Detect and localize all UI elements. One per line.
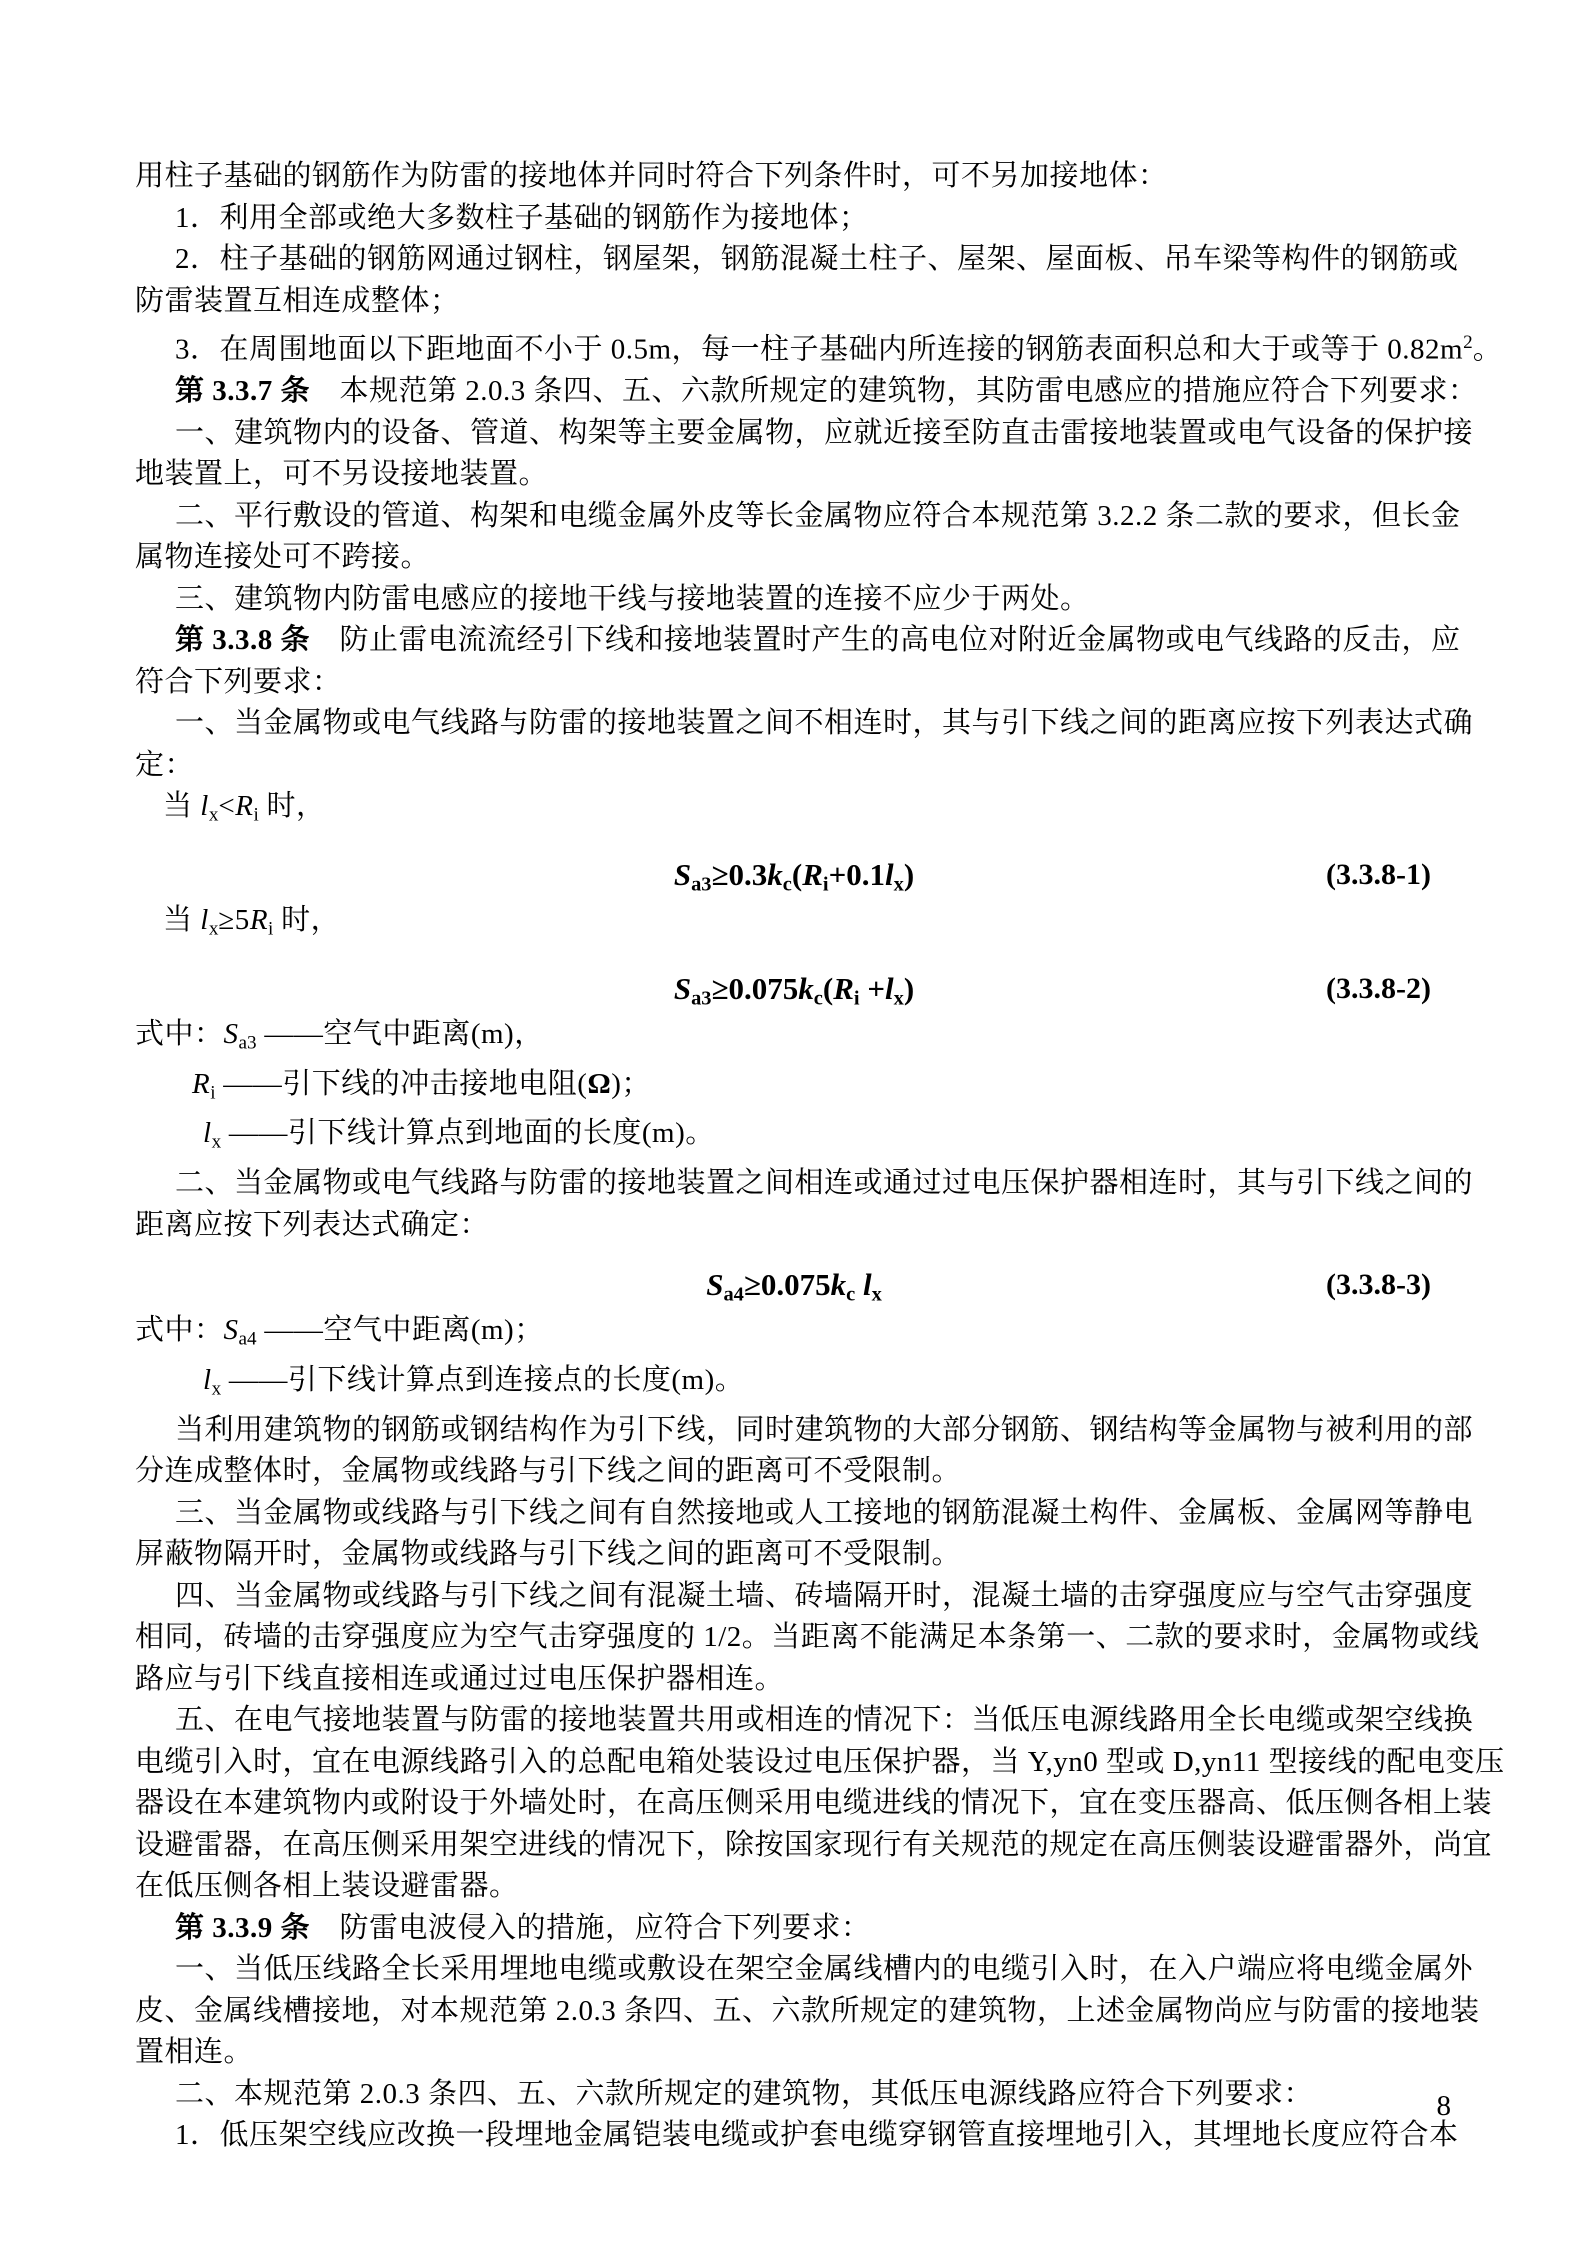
formula: Sa3≥0.3kc(Ri+0.1lx) <box>674 857 914 892</box>
math-subscript: x <box>894 987 904 1009</box>
text-segment: +0.1 <box>829 857 885 892</box>
text-segment: 式中： <box>135 1018 224 1050</box>
text-line: Ri ——引下线的冲击接地电阻(Ω)； <box>135 1064 1453 1114</box>
math-subscript: x <box>872 1284 882 1306</box>
text-segment: 第 3.3.8 条 <box>175 624 310 656</box>
text-line: 防雷装置互相连成整体； <box>135 281 1453 323</box>
text-line: 屏蔽物隔开时，金属物或线路与引下线之间的距离可不受限制。 <box>135 1534 1453 1576</box>
text-line: lx ——引下线计算点到地面的长度(m)。 <box>135 1113 1453 1163</box>
math-variable: l <box>200 904 209 936</box>
text-segment: ——引下线计算点到连接点的长度(m)。 <box>221 1364 744 1396</box>
text-segment: 当利用建筑物的钢筋或钢结构作为引下线，同时建筑物的大部分钢筋、钢结构等金属物与被… <box>175 1414 1473 1446</box>
text-line: 三、当金属物或线路与引下线之间有自然接地或人工接地的钢筋混凝土构件、金属板、金属… <box>135 1493 1453 1535</box>
text-line: 当 lx<Ri 时， <box>135 786 1453 836</box>
math-variable: R <box>802 857 823 892</box>
text-line: 电缆引入时，宜在电源线路引入的总配电箱处装设过电压保护器，当 Y,yn0 型或 … <box>135 1742 1453 1784</box>
math-subscript: x <box>894 874 904 896</box>
text-segment: 当 <box>163 904 200 936</box>
text-segment: ) <box>904 971 914 1006</box>
text-line: 一、当低压线路全长采用埋地电缆或敷设在架空金属线槽内的电缆引入时，在入户端应将电… <box>135 1949 1453 1991</box>
text-line: 符合下列要求： <box>135 662 1453 704</box>
text-segment: 一、当金属物或电气线路与防雷的接地装置之间不相连时，其与引下线之间的距离应按下列… <box>175 707 1473 739</box>
text-segment: ≥0.3 <box>712 857 768 892</box>
math-variable: R <box>250 904 268 936</box>
text-line: 第 3.3.9 条 防雷电波侵入的措施，应符合下列要求： <box>135 1908 1453 1950</box>
text-line: 二、本规范第 2.0.3 条四、五、六款所规定的建筑物，其低压电源线路应符合下列… <box>135 2074 1453 2116</box>
math-subscript: x <box>212 1378 222 1399</box>
formula-row: Sa3≥0.075kc(Ri +lx)(3.3.8-2) <box>135 966 1453 1012</box>
text-segment: 三、当金属物或线路与引下线之间有自然接地或人工接地的钢筋混凝土构件、金属板、金属… <box>175 1497 1473 1529</box>
math-variable: k <box>798 971 814 1006</box>
equation-number: (3.3.8-1) <box>1326 852 1431 898</box>
math-variable: l <box>885 971 894 1006</box>
math-subscript: a4 <box>239 1329 257 1350</box>
text-segment: 2．柱子基础的钢筋网通过钢柱，钢屋架，钢筋混凝土柱子、屋架、屋面板、吊车梁等构件… <box>175 243 1459 275</box>
text-segment: 当 <box>163 790 200 822</box>
math-variable: R <box>192 1068 210 1100</box>
text-segment: 时， <box>259 790 326 822</box>
text-line: 器设在本建筑物内或附设于外墙处时，在高压侧采用电缆进线的情况下，宜在变压器高、低… <box>135 1783 1453 1825</box>
text-segment: ≥0.075 <box>744 1267 831 1302</box>
page-number: 8 <box>1437 2086 1452 2128</box>
math-subscript: c <box>846 1284 855 1306</box>
text-segment: 电缆引入时，宜在电源线路引入的总配电箱处装设过电压保护器，当 Y,yn0 型或 … <box>135 1746 1505 1778</box>
text-line: 当利用建筑物的钢筋或钢结构作为引下线，同时建筑物的大部分钢筋、钢结构等金属物与被… <box>135 1410 1453 1452</box>
math-subscript: a4 <box>723 1284 743 1306</box>
math-subscript: a3 <box>691 874 711 896</box>
text-line: 地装置上，可不另设接地装置。 <box>135 454 1453 496</box>
text-segment: ——引下线的冲击接地电阻( <box>216 1068 588 1100</box>
text-segment: ——空气中距离(m)， <box>257 1018 544 1050</box>
text-line: 2．柱子基础的钢筋网通过钢柱，钢屋架，钢筋混凝土柱子、屋架、屋面板、吊车梁等构件… <box>135 239 1453 281</box>
text-segment: ≥5 <box>218 904 249 936</box>
text-segment: )； <box>611 1068 651 1100</box>
text-line: 属物连接处可不跨接。 <box>135 537 1453 579</box>
text-line: lx ——引下线计算点到连接点的长度(m)。 <box>135 1360 1453 1410</box>
text-segment: 路应与引下线直接相连或通过过电压保护器相连。 <box>135 1663 784 1695</box>
math-subscript: c <box>783 874 792 896</box>
math-variable: S <box>224 1314 239 1346</box>
text-segment: 定： <box>135 749 194 781</box>
math-variable: S <box>674 857 691 892</box>
text-segment: ≥0.075 <box>712 971 799 1006</box>
text-line: 式中：Sa4 ——空气中距离(m)； <box>135 1310 1453 1360</box>
text-segment: 在低压侧各相上装设避雷器。 <box>135 1870 519 1902</box>
text-segment: 1．低压架空线应改换一段埋地金属铠装电缆或护套电缆穿钢管直接埋地引入，其埋地长度… <box>175 2119 1459 2151</box>
text-segment: ) <box>904 857 914 892</box>
text-line: 皮、金属线槽接地，对本规范第 2.0.3 条四、五、六款所规定的建筑物，上述金属… <box>135 1991 1453 2033</box>
text-segment: 地装置上，可不另设接地装置。 <box>135 458 548 490</box>
text-line: 1．低压架空线应改换一段埋地金属铠装电缆或护套电缆穿钢管直接埋地引入，其埋地长度… <box>135 2115 1453 2157</box>
math-subscript: x <box>209 804 219 825</box>
text-line: 用柱子基础的钢筋作为防雷的接地体并同时符合下列条件时，可不另加接地体： <box>135 156 1453 198</box>
text-segment: 防止雷电流流经引下线和接地装置时产生的高电位对附近金属物或电气线路的反击，应 <box>310 624 1461 656</box>
equation-number: (3.3.8-3) <box>1326 1262 1431 1308</box>
text-segment: 设避雷器，在高压侧采用架空进线的情况下，除按国家现行有关规范的规定在高压侧装设避… <box>135 1829 1492 1861</box>
math-variable: l <box>203 1117 212 1149</box>
text-segment: 式中： <box>135 1314 224 1346</box>
math-variable: k <box>767 857 783 892</box>
text-segment: 第 3.3.7 条 <box>175 375 310 407</box>
text-line: 分连成整体时，金属物或线路与引下线之间的距离可不受限制。 <box>135 1451 1453 1493</box>
text-line: 四、当金属物或线路与引下线之间有混凝土墙、砖墙隔开时，混凝土墙的击穿强度应与空气… <box>135 1576 1453 1618</box>
text-segment: Ω <box>587 1068 611 1100</box>
math-variable: k <box>831 1267 847 1302</box>
text-segment: 四、当金属物或线路与引下线之间有混凝土墙、砖墙隔开时，混凝土墙的击穿强度应与空气… <box>175 1580 1473 1612</box>
formula: Sa3≥0.075kc(Ri +lx) <box>674 971 914 1006</box>
math-variable: S <box>674 971 691 1006</box>
text-segment: 一、当低压线路全长采用埋地电缆或敷设在架空金属线槽内的电缆引入时，在入户端应将电… <box>175 1953 1473 1985</box>
text-line: 一、建筑物内的设备、管道、构架等主要金属物，应就近接至防直击雷接地装置或电气设备… <box>135 413 1453 455</box>
text-segment: 用柱子基础的钢筋作为防雷的接地体并同时符合下列条件时，可不另加接地体： <box>135 160 1168 192</box>
text-line: 在低压侧各相上装设避雷器。 <box>135 1866 1453 1908</box>
text-segment: 本规范第 2.0.3 条四、五、六款所规定的建筑物，其防雷电感应的措施应符合下列… <box>310 375 1478 407</box>
text-segment: 五、在电气接地装置与防雷的接地装置共用或相连的情况下：当低压电源线路用全长电缆或… <box>175 1704 1473 1736</box>
text-segment: 相同，砖墙的击穿强度应为空气击穿强度的 1/2。当距离不能满足本条第一、二款的要… <box>135 1621 1479 1653</box>
math-variable: R <box>833 971 854 1006</box>
text-segment: 防雷装置互相连成整体； <box>135 285 460 317</box>
text-line: 二、平行敷设的管道、构架和电缆金属外皮等长金属物应符合本规范第 3.2.2 条二… <box>135 496 1453 538</box>
math-variable: l <box>203 1364 212 1396</box>
math-variable: S <box>706 1267 723 1302</box>
text-segment: 器设在本建筑物内或附设于外墙处时，在高压侧采用电缆进线的情况下，宜在变压器高、低… <box>135 1787 1492 1819</box>
math-subscript: x <box>209 918 219 939</box>
math-variable: l <box>200 790 209 822</box>
text-line: 相同，砖墙的击穿强度应为空气击穿强度的 1/2。当距离不能满足本条第一、二款的要… <box>135 1617 1453 1659</box>
math-variable: S <box>224 1018 239 1050</box>
text-segment: 置相连。 <box>135 2036 253 2068</box>
text-segment: < <box>218 790 235 822</box>
text-segment: 三、建筑物内防雷电感应的接地干线与接地装置的连接不应少于两处。 <box>175 583 1090 615</box>
text-segment: 时， <box>273 904 340 936</box>
text-segment: 3．在周围地面以下距地面不小于 0.5m，每一柱子基础内所连接的钢筋表面积总和大… <box>175 334 1463 366</box>
text-segment: ——空气中距离(m)； <box>257 1314 544 1346</box>
math-subscript: a3 <box>239 1032 257 1053</box>
text-segment: 二、平行敷设的管道、构架和电缆金属外皮等长金属物应符合本规范第 3.2.2 条二… <box>175 500 1461 532</box>
text-line: 五、在电气接地装置与防雷的接地装置共用或相连的情况下：当低压电源线路用全长电缆或… <box>135 1700 1453 1742</box>
text-segment: ( <box>823 971 833 1006</box>
text-segment: 二、本规范第 2.0.3 条四、五、六款所规定的建筑物，其低压电源线路应符合下列… <box>175 2078 1313 2110</box>
text-segment: ——引下线计算点到地面的长度(m)。 <box>221 1117 715 1149</box>
text-line: 路应与引下线直接相连或通过过电压保护器相连。 <box>135 1659 1453 1701</box>
text-line: 距离应按下列表达式确定： <box>135 1205 1453 1247</box>
text-line: 定： <box>135 745 1453 787</box>
text-line: 式中：Sa3 ——空气中距离(m)， <box>135 1014 1453 1064</box>
text-segment: 分连成整体时，金属物或线路与引下线之间的距离可不受限制。 <box>135 1455 961 1487</box>
text-segment: + <box>860 971 885 1006</box>
text-segment: 屏蔽物隔开时，金属物或线路与引下线之间的距离可不受限制。 <box>135 1538 961 1570</box>
text-line: 二、当金属物或电气线路与防雷的接地装置之间相连或通过过电压保护器相连时，其与引下… <box>135 1163 1453 1205</box>
text-line: 第 3.3.8 条 防止雷电流流经引下线和接地装置时产生的高电位对附近金属物或电… <box>135 620 1453 662</box>
text-segment: ( <box>792 857 802 892</box>
text-line: 第 3.3.7 条 本规范第 2.0.3 条四、五、六款所规定的建筑物，其防雷电… <box>135 371 1453 413</box>
equation-number: (3.3.8-2) <box>1326 966 1431 1012</box>
text-segment: 第 3.3.9 条 <box>175 1912 310 1944</box>
text-line: 置相连。 <box>135 2032 1453 2074</box>
math-subscript: a3 <box>691 987 711 1009</box>
document-page: 用柱子基础的钢筋作为防雷的接地体并同时符合下列条件时，可不另加接地体：1．利用全… <box>0 0 1585 2244</box>
text-segment: 1．利用全部或绝大多数柱子基础的钢筋作为接地体； <box>175 202 869 234</box>
text-segment: 皮、金属线槽接地，对本规范第 2.0.3 条四、五、六款所规定的建筑物，上述金属… <box>135 1995 1480 2027</box>
text-segment: 二、当金属物或电气线路与防雷的接地装置之间相连或通过过电压保护器相连时，其与引下… <box>175 1167 1473 1199</box>
math-subscript: x <box>212 1132 222 1153</box>
math-variable: l <box>863 1267 872 1302</box>
text-segment: 一、建筑物内的设备、管道、构架等主要金属物，应就近接至防直击雷接地装置或电气设备… <box>175 417 1473 449</box>
formula-row: Sa4≥0.075kc lx(3.3.8-3) <box>135 1262 1453 1308</box>
text-segment <box>855 1267 863 1302</box>
formula: Sa4≥0.075kc lx <box>706 1267 882 1302</box>
math-variable: R <box>235 790 253 822</box>
text-segment: 。 <box>1473 334 1503 366</box>
text-line: 3．在周围地面以下距地面不小于 0.5m，每一柱子基础内所连接的钢筋表面积总和大… <box>135 322 1453 371</box>
superscript: 2 <box>1463 332 1473 353</box>
math-subscript: c <box>814 987 823 1009</box>
text-line: 设避雷器，在高压侧采用架空进线的情况下，除按国家现行有关规范的规定在高压侧装设避… <box>135 1825 1453 1867</box>
text-segment: 距离应按下列表达式确定： <box>135 1209 489 1241</box>
text-segment: 防雷电波侵入的措施，应符合下列要求： <box>310 1912 871 1944</box>
text-line: 三、建筑物内防雷电感应的接地干线与接地装置的连接不应少于两处。 <box>135 579 1453 621</box>
math-variable: l <box>885 857 894 892</box>
text-line: 1．利用全部或绝大多数柱子基础的钢筋作为接地体； <box>135 198 1453 240</box>
document-body: 用柱子基础的钢筋作为防雷的接地体并同时符合下列条件时，可不另加接地体：1．利用全… <box>135 156 1453 2157</box>
text-segment: 属物连接处可不跨接。 <box>135 541 430 573</box>
formula-row: Sa3≥0.3kc(Ri+0.1lx)(3.3.8-1) <box>135 852 1453 898</box>
text-segment: 符合下列要求： <box>135 666 342 698</box>
text-line: 一、当金属物或电气线路与防雷的接地装置之间不相连时，其与引下线之间的距离应按下列… <box>135 703 1453 745</box>
text-line: 当 lx≥5Ri 时， <box>135 900 1453 950</box>
